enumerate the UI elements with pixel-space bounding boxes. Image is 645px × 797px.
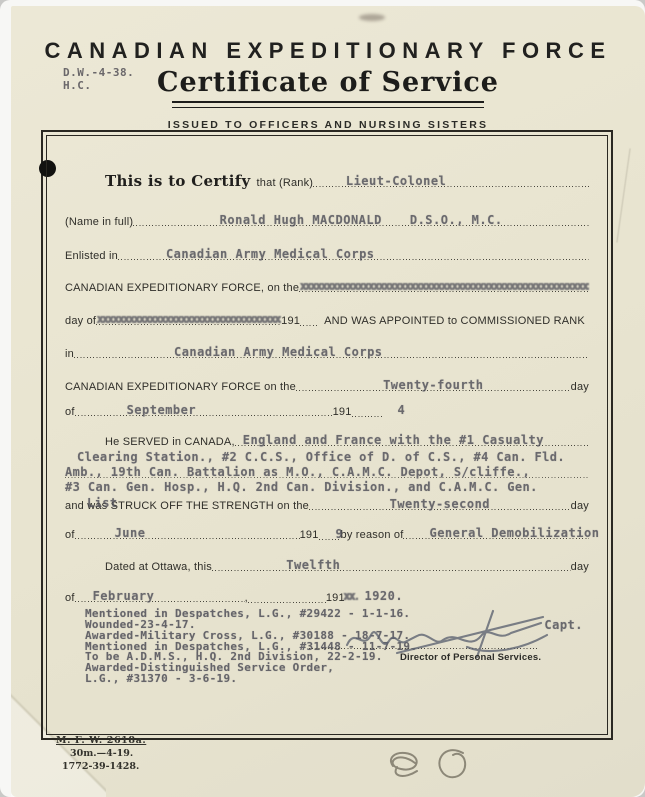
- cef-on-line-2: CANADIAN EXPEDITIONARY FORCE on the Twen…: [65, 379, 589, 395]
- in-value: Canadian Army Medical Corps: [174, 345, 383, 360]
- struck-out-entry-2: xxxxxxxxxxxxxxxxxxxxxxxxxxxxxxxxxxxxxxxx: [96, 312, 281, 327]
- in-label: in: [65, 347, 74, 362]
- enlisted-label: Enlisted in: [65, 249, 118, 264]
- rank-value: Lieut-Colonel: [346, 174, 446, 189]
- reason-line: of June 191 9 by reason of General Demob…: [65, 527, 589, 543]
- signatory-rank: Capt.: [544, 618, 583, 655]
- served-value-1: England and France with the #1 Casualty: [243, 433, 544, 448]
- pencil-initials: [371, 741, 511, 796]
- year-prefix-3: 191: [300, 528, 319, 543]
- dated-strike: xx.: [343, 589, 359, 604]
- day-of-line: day of xxxxxxxxxxxxxxxxxxxxxxxxxxxxxxxxx…: [65, 313, 589, 329]
- name-value: Ronald Hugh MACDONALD: [220, 213, 382, 228]
- enlisted-line: Enlisted in Canadian Army Medical Corps: [65, 248, 589, 264]
- dated-year-value: 1920.: [364, 589, 403, 604]
- served-line-1: He SERVED in CANADA, England and France …: [65, 434, 589, 450]
- print-footer: M. F. W. 2618a. 30m.—4-19. 1772-39-1428.: [56, 735, 146, 773]
- struck-out-entry-1: xxxxxxxxxxxxxxxxxxxxxxxxxxxxxxxxxxxxxxxx…: [299, 279, 589, 294]
- appointed-label: AND WAS APPOINTED to COMMISSIONED RANK: [324, 314, 585, 329]
- of-label-1: of: [65, 405, 75, 420]
- year-prefix-2: 191: [333, 405, 352, 420]
- served-label: He SERVED in CANADA,: [105, 435, 235, 450]
- year-prefix-1: 191: [281, 314, 300, 329]
- note-line: L.G., #31370 - 3-6-19.: [85, 674, 589, 685]
- certificate-title: Certificate of Service: [149, 67, 507, 101]
- title-underline: [172, 101, 484, 108]
- signatory-title: Director of Personal Services.: [400, 652, 541, 663]
- print-run: 30m.—4-19.: [70, 748, 146, 761]
- cef-on2-label: CANADIAN EXPEDITIONARY FORCE on the: [65, 380, 296, 395]
- cef-on-line: CANADIAN EXPEDITIONARY FORCE, on the xxx…: [65, 280, 589, 296]
- by-reason-label: by reason of: [341, 529, 404, 541]
- reason-value: General Demobilization: [429, 526, 599, 541]
- signature-block: Capt. Director of Personal Services.: [295, 619, 589, 665]
- commission-year-digit: 4: [398, 403, 406, 418]
- catalog-number: 1772-39-1428.: [62, 761, 146, 774]
- cef-on-label: CANADIAN EXPEDITIONARY FORCE, on the: [65, 281, 299, 296]
- in-line: in Canadian Army Medical Corps: [65, 346, 589, 362]
- served-value-2: Clearing Station., #2 C.C.S., Office of …: [77, 450, 589, 465]
- served-value-3: Amb., 19th Can. Battalion as M.O., C.A.M…: [65, 465, 589, 480]
- certify-lead: This is to Certify: [105, 174, 251, 189]
- day-label-1: day: [571, 380, 589, 395]
- commission-month-value: September: [127, 403, 197, 418]
- form-number: M. F. W. 2618a.: [56, 735, 146, 748]
- certify-rest: that (Rank): [257, 176, 314, 191]
- ink-smudge: [359, 14, 385, 21]
- stamp-line-2: H.C.: [63, 79, 134, 92]
- stamp-line-1: D.W.-4-38.: [63, 66, 134, 79]
- struck-day-value: Twenty-second: [390, 497, 490, 512]
- by-reason-wrap: 9 by reason of: [341, 528, 404, 543]
- certificate-border: This is to Certify that (Rank) Lieut-Col…: [41, 130, 613, 740]
- name-label: (Name in full): [65, 215, 133, 230]
- dated-month-value: February: [93, 589, 155, 604]
- name-honors: D.S.O., M.C.: [410, 213, 503, 228]
- paper-crease: [616, 148, 630, 242]
- day-of-label: day of: [65, 314, 96, 329]
- certificate-body: This is to Certify that (Rank) Lieut-Col…: [46, 135, 608, 735]
- of-label-2: of: [65, 528, 75, 543]
- dated-label: Dated at Ottawa, this: [105, 560, 212, 575]
- rank-line: This is to Certify that (Rank) Lieut-Col…: [65, 174, 589, 191]
- enlisted-value: Canadian Army Medical Corps: [166, 247, 375, 262]
- page-title: CANADIAN EXPEDITIONARY FORCE: [11, 6, 645, 64]
- commission-day-value: Twenty-fourth: [383, 378, 483, 393]
- of-label-3: of: [65, 591, 75, 606]
- file-reference-stamp: D.W.-4-38. H.C.: [63, 66, 134, 92]
- dated-day-value: Twelfth: [286, 558, 340, 573]
- struck-month-value: June: [115, 526, 146, 541]
- commission-month-line: of September 191 4: [65, 404, 589, 420]
- name-line: (Name in full) Ronald Hugh MACDONALD D.S…: [65, 214, 589, 230]
- struck-year-digit: 9: [336, 527, 344, 542]
- served-value-4: #3 Can. Gen. Hosp., H.Q. 2nd Can. Divisi…: [65, 480, 589, 495]
- day-label-3: day: [571, 560, 589, 575]
- dated-line: Dated at Ottawa, this Twelfth day: [65, 559, 589, 575]
- certificate-paper: CANADIAN EXPEDITIONARY FORCE D.W.-4-38. …: [11, 6, 645, 797]
